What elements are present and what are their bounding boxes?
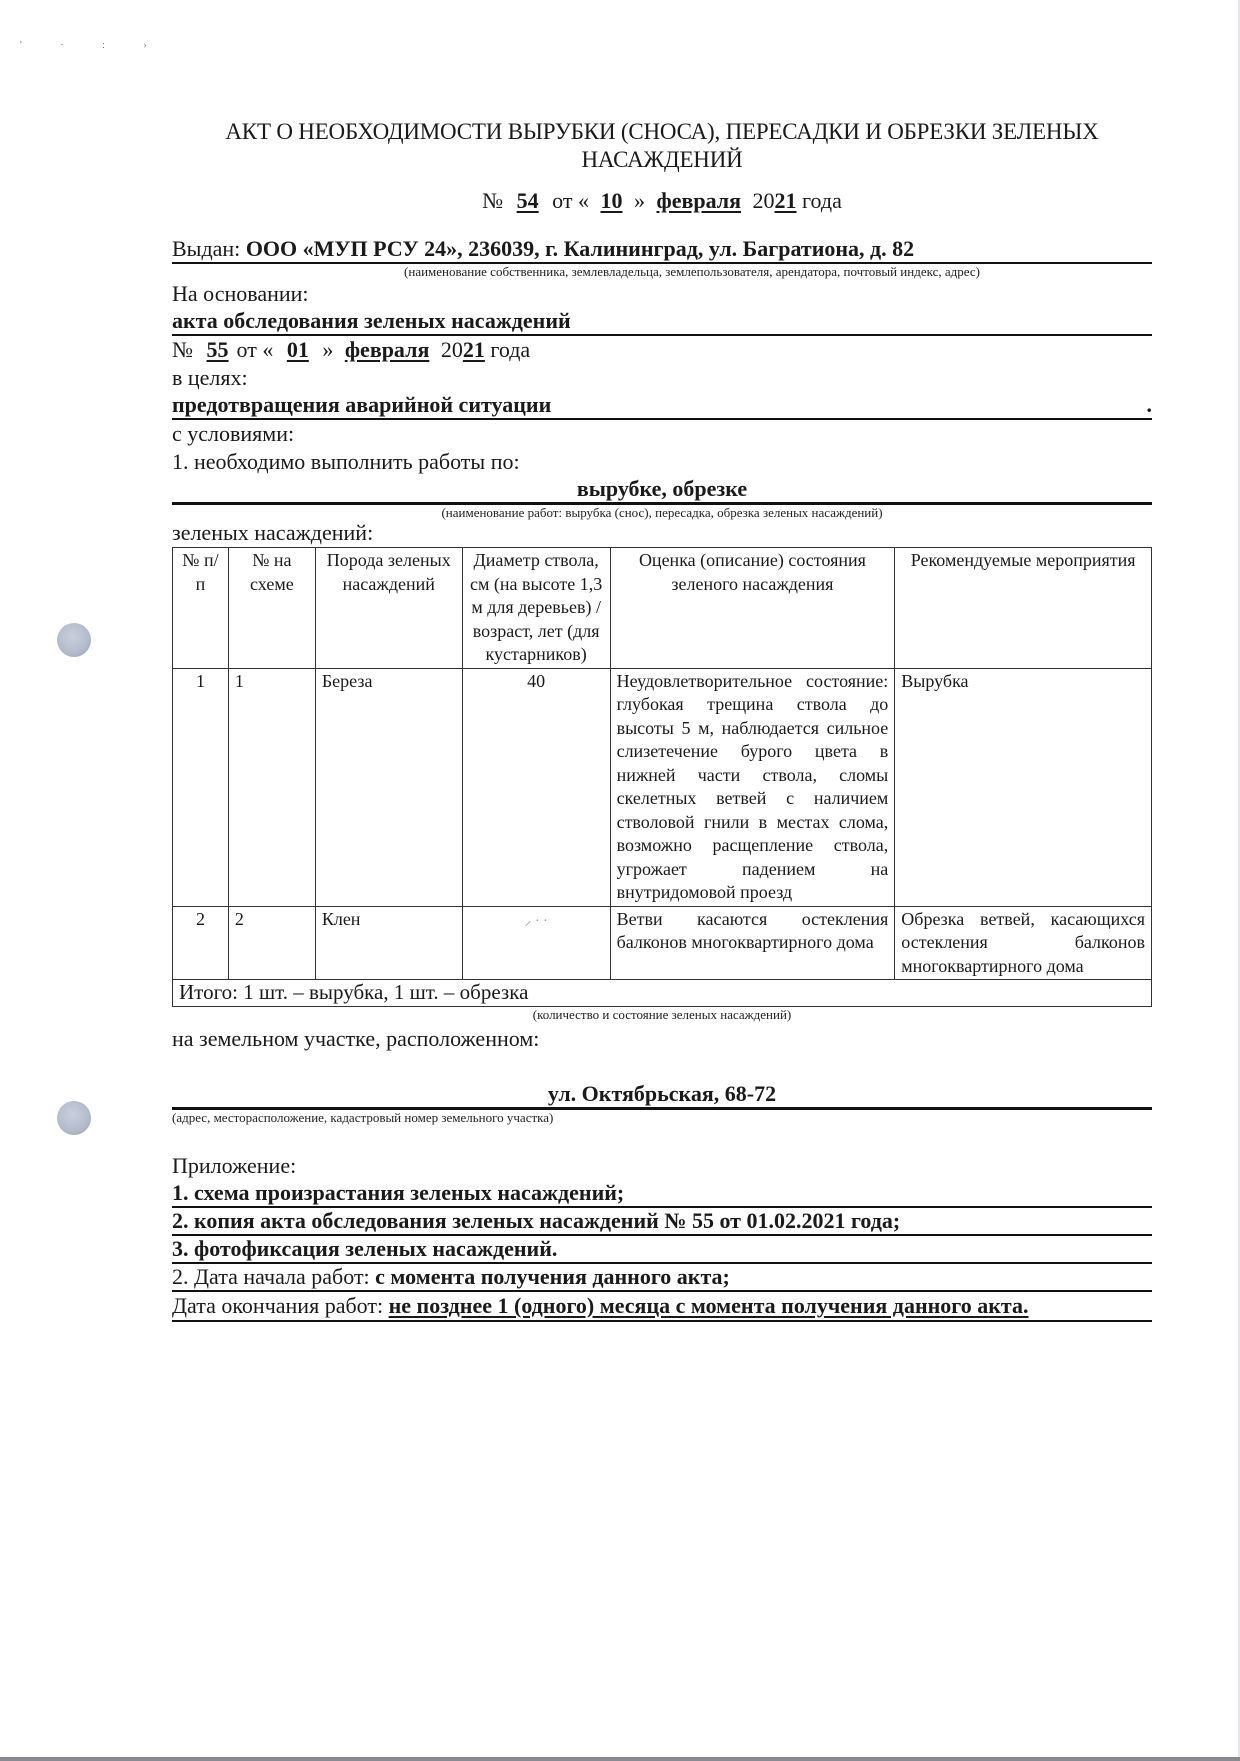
basis-year: 21 — [463, 337, 485, 362]
header-diameter: Диаметр ствола, см (на высоте 1,3 м для … — [462, 548, 610, 669]
row-species: Клен — [315, 906, 462, 980]
issued-section: Выдан: ООО «МУП РСУ 24», 236039, г. Кали… — [172, 236, 1152, 280]
end-date-label: Дата окончания работ: — [172, 1293, 383, 1318]
basis-day: 01 — [279, 337, 317, 362]
appendix-item-3: 3. фотофиксация зеленых насаждений. — [172, 1236, 1152, 1264]
basis-value: акта обследования зеленых насаждений — [172, 308, 1152, 336]
table-total-row: Итого: 1 шт. – вырубка, 1 шт. – обрезка — [173, 980, 1152, 1007]
table-row: 1 1 Береза 40 Неудовлетворительное состо… — [173, 668, 1152, 906]
row-diameter: ⸝ · · — [462, 906, 610, 980]
row-diameter: 40 — [462, 668, 610, 906]
works-suffix: зеленых насаждений: — [172, 521, 1152, 545]
title-line-1: АКТ О НЕОБХОДИМОСТИ ВЫРУБКИ (СНОСА), ПЕР… — [172, 118, 1152, 146]
punch-hole-top — [57, 623, 91, 657]
works-value: вырубке, обрезке — [172, 476, 1152, 505]
start-date-line: 2. Дата начала работ: с момента получени… — [172, 1264, 1152, 1292]
location-caption: (адрес, месторасположение, кадастровый н… — [172, 1110, 1152, 1126]
table-header-row: № п/п № на схеме Порода зеленых насажден… — [173, 548, 1152, 669]
header-condition: Оценка (описание) состояния зеленого нас… — [610, 548, 895, 669]
row-scheme-num: 1 — [228, 668, 315, 906]
location-label: на земельном участке, расположенном: — [172, 1025, 1152, 1053]
works-label: 1. необходимо выполнить работы по: — [172, 448, 1152, 476]
works-caption: (наименование работ: вырубка (снос), пер… — [172, 505, 1152, 521]
header-measures: Рекомендуемые мероприятия — [895, 548, 1152, 669]
header-num: № п/п — [173, 548, 229, 669]
conditions-label: с условиями: — [172, 420, 1152, 448]
header-scheme-num: № на схеме — [228, 548, 315, 669]
row-species: Береза — [315, 668, 462, 906]
act-month: февраля — [650, 188, 747, 213]
issued-label: Выдан: — [172, 236, 240, 261]
header-species: Порода зеленых насаждений — [315, 548, 462, 669]
act-number-line: № 54 от « 10 » февраля 2021 года — [172, 188, 1152, 214]
table-row: 2 2 Клен ⸝ · · Ветви касаются остекления… — [173, 906, 1152, 980]
act-year: 21 — [775, 188, 797, 213]
appendix-item-1: 1. схема произрастания зеленых насаждени… — [172, 1180, 1152, 1208]
purpose-value: предотвращения аварийной ситуации . — [172, 392, 1152, 420]
row-num: 1 — [173, 668, 229, 906]
act-day: 10 — [594, 188, 628, 213]
appendix-label: Приложение: — [172, 1152, 1152, 1180]
row-num: 2 — [173, 906, 229, 980]
basis-label: На основании: — [172, 280, 1152, 308]
page-edge-bottom — [0, 1757, 1240, 1761]
end-date-line: Дата окончания работ: не позднее 1 (одно… — [172, 1292, 1152, 1322]
issued-value: ООО «МУП РСУ 24», 236039, г. Калининград… — [246, 236, 914, 261]
act-number: 54 — [509, 188, 547, 213]
row-condition: Ветви касаются остекления балконов много… — [610, 906, 895, 980]
basis-number-line: № 55от « 01 » февраля 2021 года — [172, 336, 1152, 364]
plants-table: № п/п № на схеме Порода зеленых насажден… — [172, 547, 1152, 1007]
scan-specks: ' · : › — [20, 40, 165, 51]
title-line-2: НАСАЖДЕНИЙ — [172, 146, 1152, 174]
punch-hole-bottom — [57, 1101, 91, 1135]
purpose-label: в целях: — [172, 364, 1152, 392]
end-date-value: не позднее 1 (одного) месяца с момента п… — [389, 1293, 1029, 1318]
row-measures: Вырубка — [895, 668, 1152, 906]
row-condition: Неудовлетворительное состояние: глубокая… — [610, 668, 895, 906]
appendix-item-2: 2. копия акта обследования зеленых насаж… — [172, 1208, 1152, 1236]
start-date-value: с момента получения данного акта; — [375, 1264, 730, 1289]
act-document: АКТ О НЕОБХОДИМОСТИ ВЫРУБКИ (СНОСА), ПЕР… — [172, 118, 1152, 1322]
basis-number: 55 — [199, 337, 237, 362]
pen-mark: ⸝ · · — [524, 914, 547, 929]
start-date-label: 2. Дата начала работ: — [172, 1264, 370, 1289]
row-measures: Обрезка ветвей, касающихся остекления ба… — [895, 906, 1152, 980]
location-value: ул. Октябрьская, 68-72 — [172, 1081, 1152, 1110]
row-scheme-num: 2 — [228, 906, 315, 980]
table-total: Итого: 1 шт. – вырубка, 1 шт. – обрезка — [173, 980, 1152, 1007]
basis-month: февраля — [339, 337, 436, 362]
issued-caption: (наименование собственника, землевладель… — [172, 264, 1152, 280]
table-total-caption: (количество и состояние зеленых насажден… — [172, 1007, 1152, 1023]
document-title: АКТ О НЕОБХОДИМОСТИ ВЫРУБКИ (СНОСА), ПЕР… — [172, 118, 1152, 174]
